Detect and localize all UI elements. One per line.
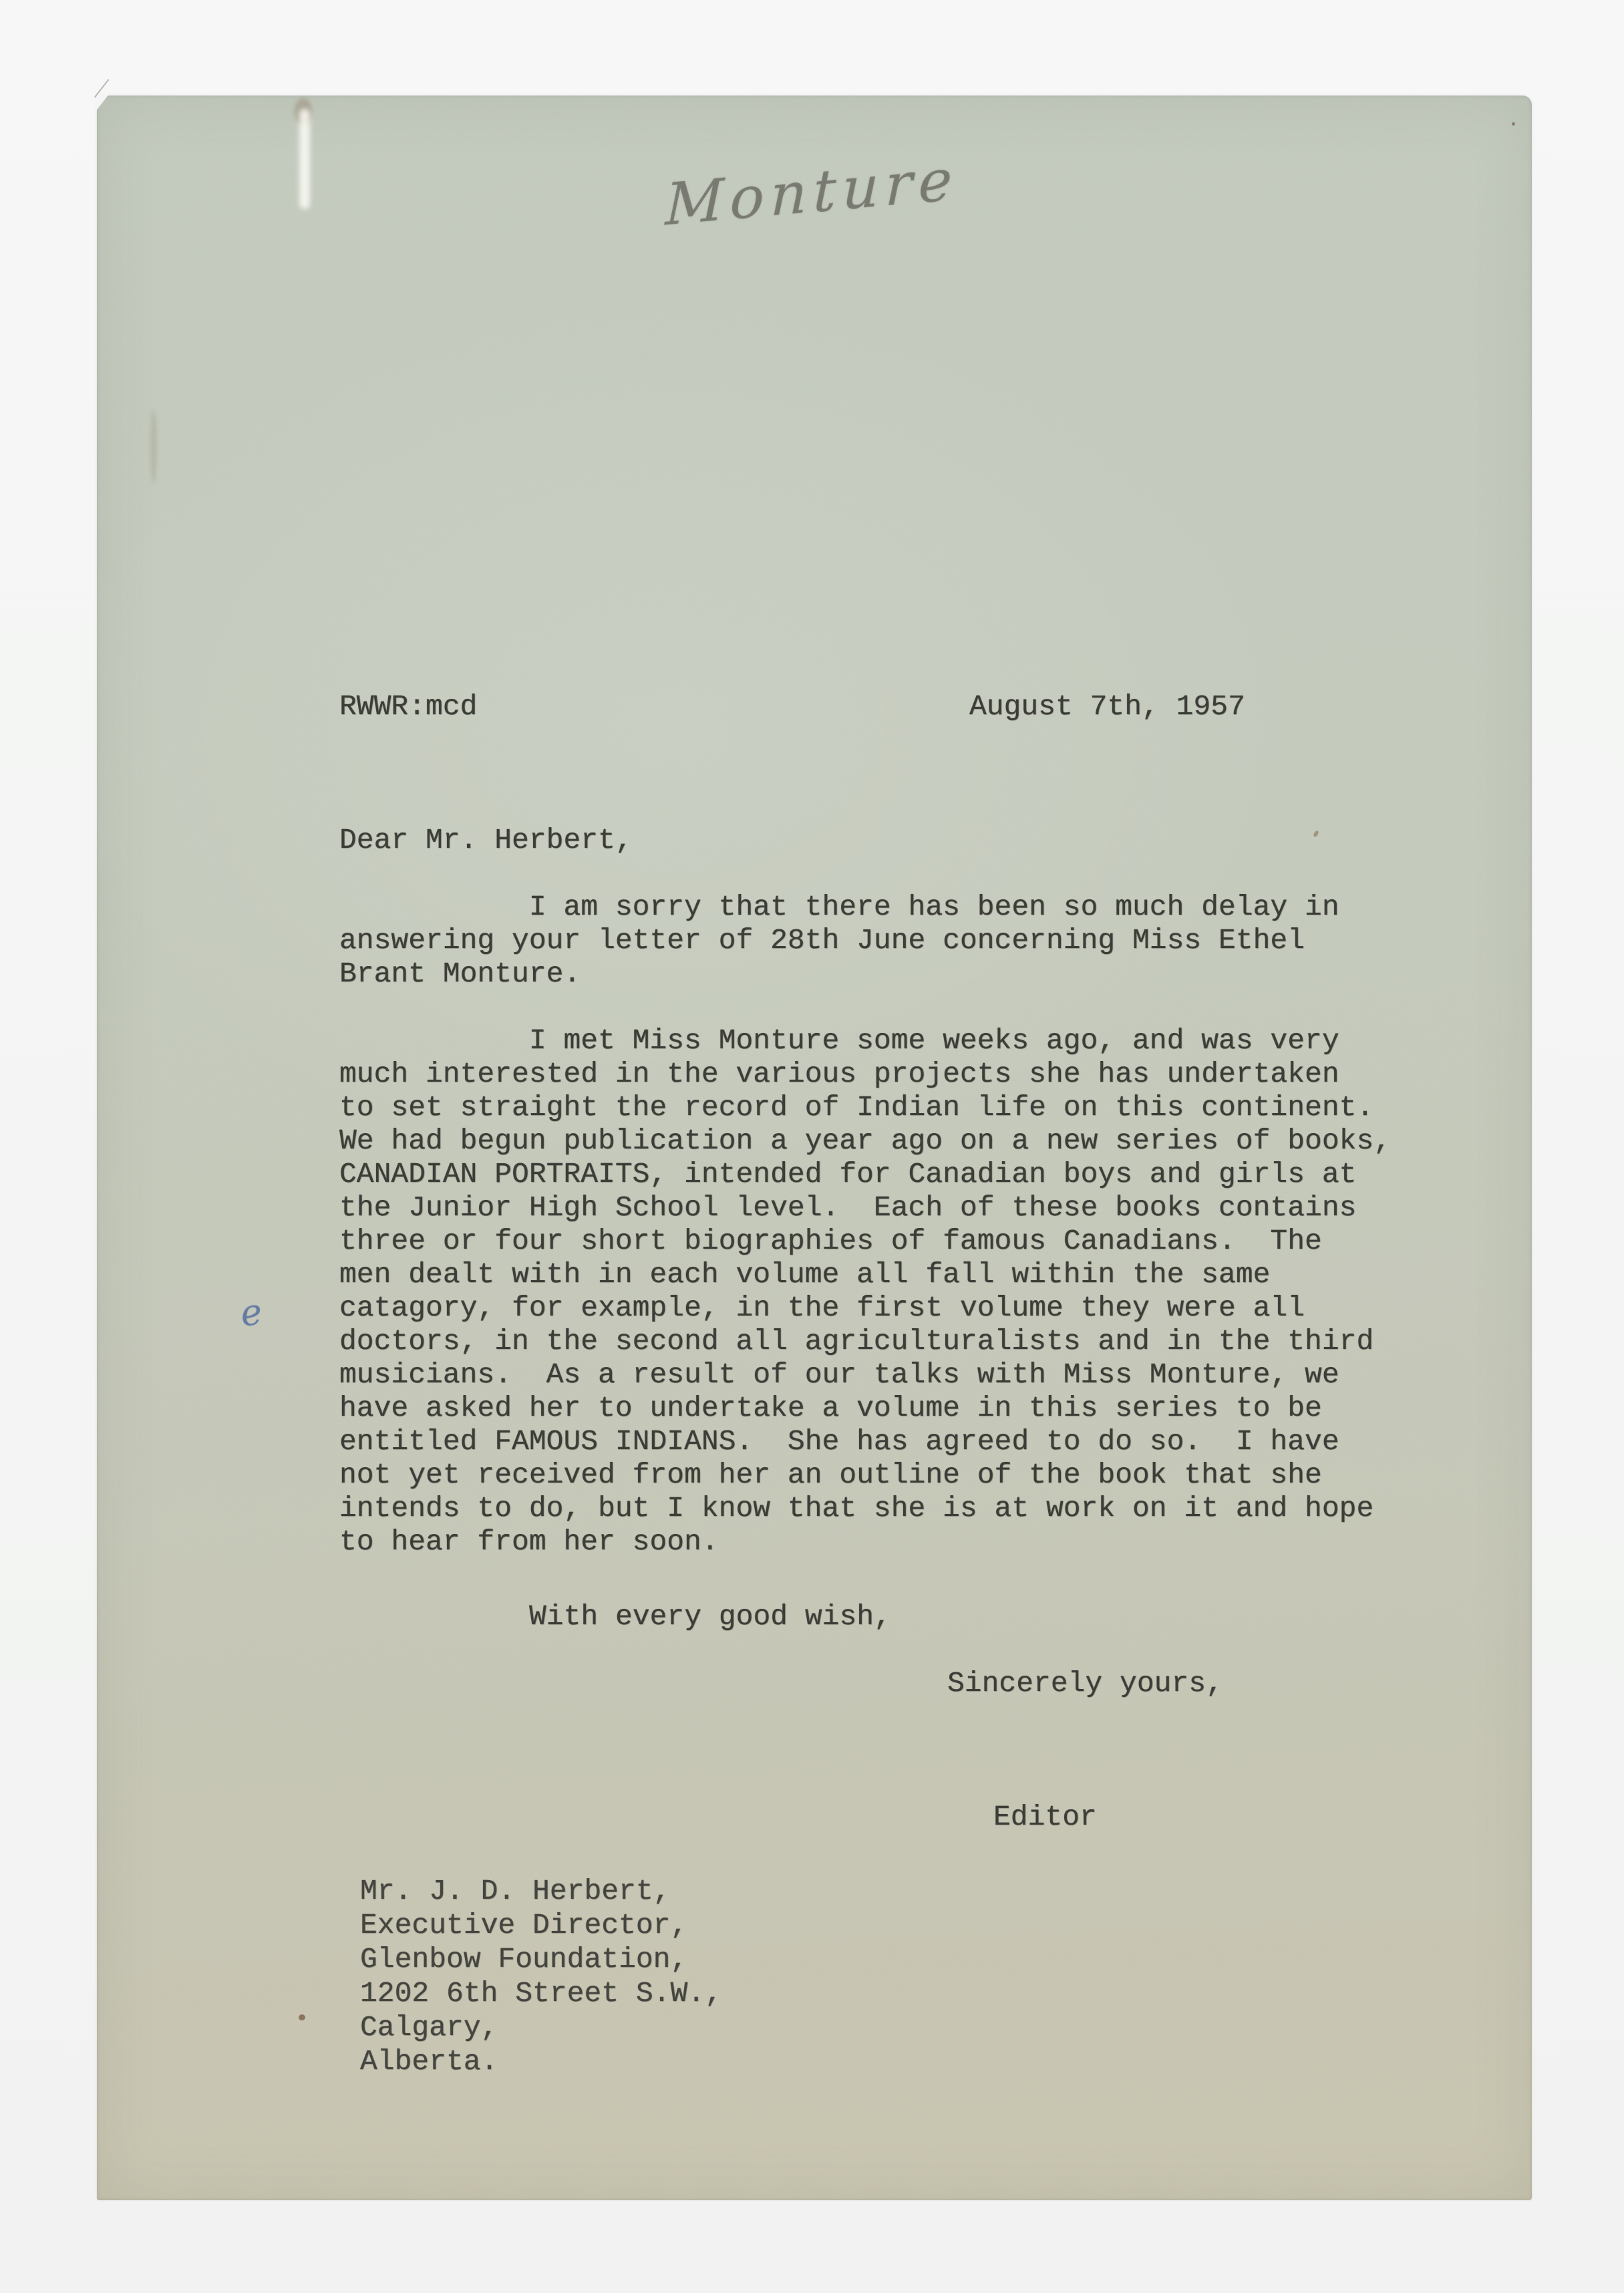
closing-wish: With every good wish,	[529, 1600, 891, 1634]
letter-date: August 7th, 1957	[969, 690, 1245, 724]
valediction: Sincerely yours,	[947, 1667, 1223, 1700]
recipient-address-block: Mr. J. D. Herbert, Executive Director, G…	[360, 1874, 722, 2079]
paper-speck	[1313, 830, 1319, 838]
handwritten-margin-e-annotation: e	[238, 1290, 265, 1335]
body-paragraph-2: I met Miss Monture some weeks ago, and w…	[339, 1024, 1391, 1559]
typist-reference: RWWR:mcd	[339, 690, 477, 724]
salutation: Dear Mr. Herbert,	[339, 824, 633, 857]
paper-speck	[1512, 122, 1515, 126]
margin-dot-mark	[299, 2014, 305, 2020]
letter-paper: Monture e RWWR:mcd August 7th, 1957 Dear…	[97, 96, 1532, 2200]
paper-corner-fold	[96, 94, 109, 112]
paper-smudge	[150, 410, 157, 483]
paper-smudge	[295, 98, 312, 125]
handwritten-monture-annotation: Monture	[665, 146, 959, 239]
body-paragraph-1: I am sorry that there has been so much d…	[339, 891, 1339, 991]
paper-scratch	[299, 109, 310, 209]
signature-title: Editor	[993, 1801, 1097, 1834]
